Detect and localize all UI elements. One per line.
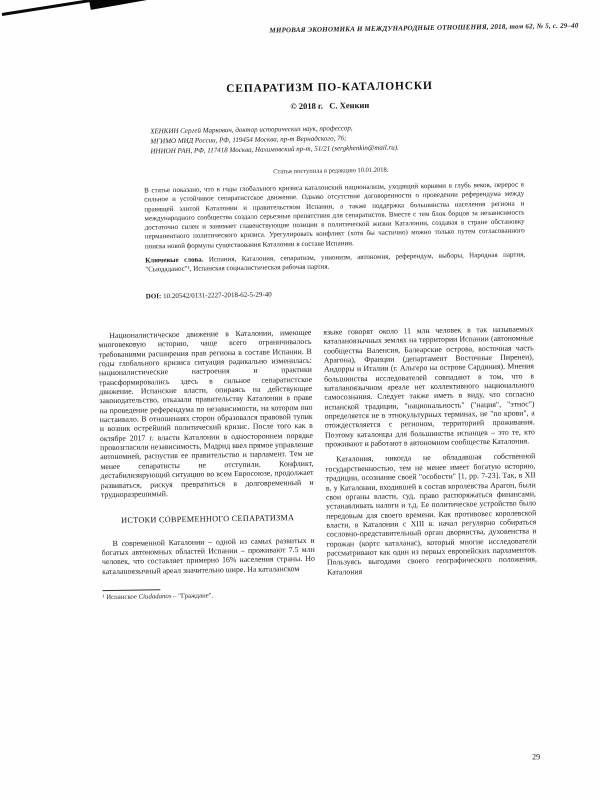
page-background: МИРОВАЯ ЭКОНОМИКА И МЕЖДУНАРОДНЫЕ ОТНОШЕ…	[0, 0, 600, 800]
section-heading: ИСТОКИ СОВРЕМЕННОГО СЕПАРАТИЗМА	[101, 513, 314, 526]
article-title: СЕПАРАТИЗМ ПО-КАТАЛОНСКИ	[94, 78, 564, 97]
body-paragraph: В современной Каталонии – одной из самых…	[102, 535, 316, 576]
copyright-author-line: © 2018 г. С. Хенкин	[95, 97, 565, 114]
body-paragraph: Каталония, никогда не обладавшая собстве…	[325, 452, 537, 577]
journal-running-head: МИРОВАЯ ЭКОНОМИКА И МЕЖДУНАРОДНЫЕ ОТНОШЕ…	[94, 22, 579, 38]
doi-label: DOI:	[146, 292, 162, 300]
footnote-prefix: ¹ Испанское	[102, 594, 138, 602]
abstract: В статье показано, что в годы глобальног…	[144, 180, 525, 251]
author-affiliation-block: ХЕНКИН Сергей Маркович, доктор историчес…	[150, 120, 530, 156]
page-content: МИРОВАЯ ЭКОНОМИКА И МЕЖДУНАРОДНЫЕ ОТНОШЕ…	[0, 0, 600, 800]
keywords-text: Испания, Каталония, сепаратизм, унионизм…	[145, 250, 525, 273]
doi-value: 10.20542/0131-2227-2018-62-5-29-40	[161, 290, 272, 300]
title-block: СЕПАРАТИЗМ ПО-КАТАЛОНСКИ © 2018 г. С. Хе…	[94, 78, 564, 114]
body-paragraph: языке говорят около 11 млн человек в так…	[323, 324, 535, 449]
received-date-line: Статья поступила в редакцию 10.01.2018.	[96, 164, 566, 178]
body-paragraph: Националистическое движение в Каталонии,…	[98, 328, 314, 500]
footnote-term: Ciudadanos	[139, 593, 172, 601]
keywords: Ключевые слова. Испания, Каталония, сепа…	[145, 250, 525, 275]
left-column: Националистическое движение в Каталонии,…	[98, 328, 315, 603]
footnote-suffix: – "Граждане".	[171, 592, 213, 600]
doi-line: DOI: 10.20542/0131-2227-2018-62-5-29-40	[146, 286, 526, 300]
keywords-label: Ключевые слова.	[145, 256, 203, 265]
footnote-rule	[102, 589, 160, 591]
scanned-paper-page: { "journal_header": "МИРОВАЯ ЭКОНОМИКА И…	[0, 0, 600, 800]
page-number: 29	[510, 752, 540, 761]
footnote: ¹ Испанское Ciudadanos – "Граждане".	[102, 587, 315, 603]
right-column: языке говорят около 11 млн человек в так…	[323, 324, 537, 576]
